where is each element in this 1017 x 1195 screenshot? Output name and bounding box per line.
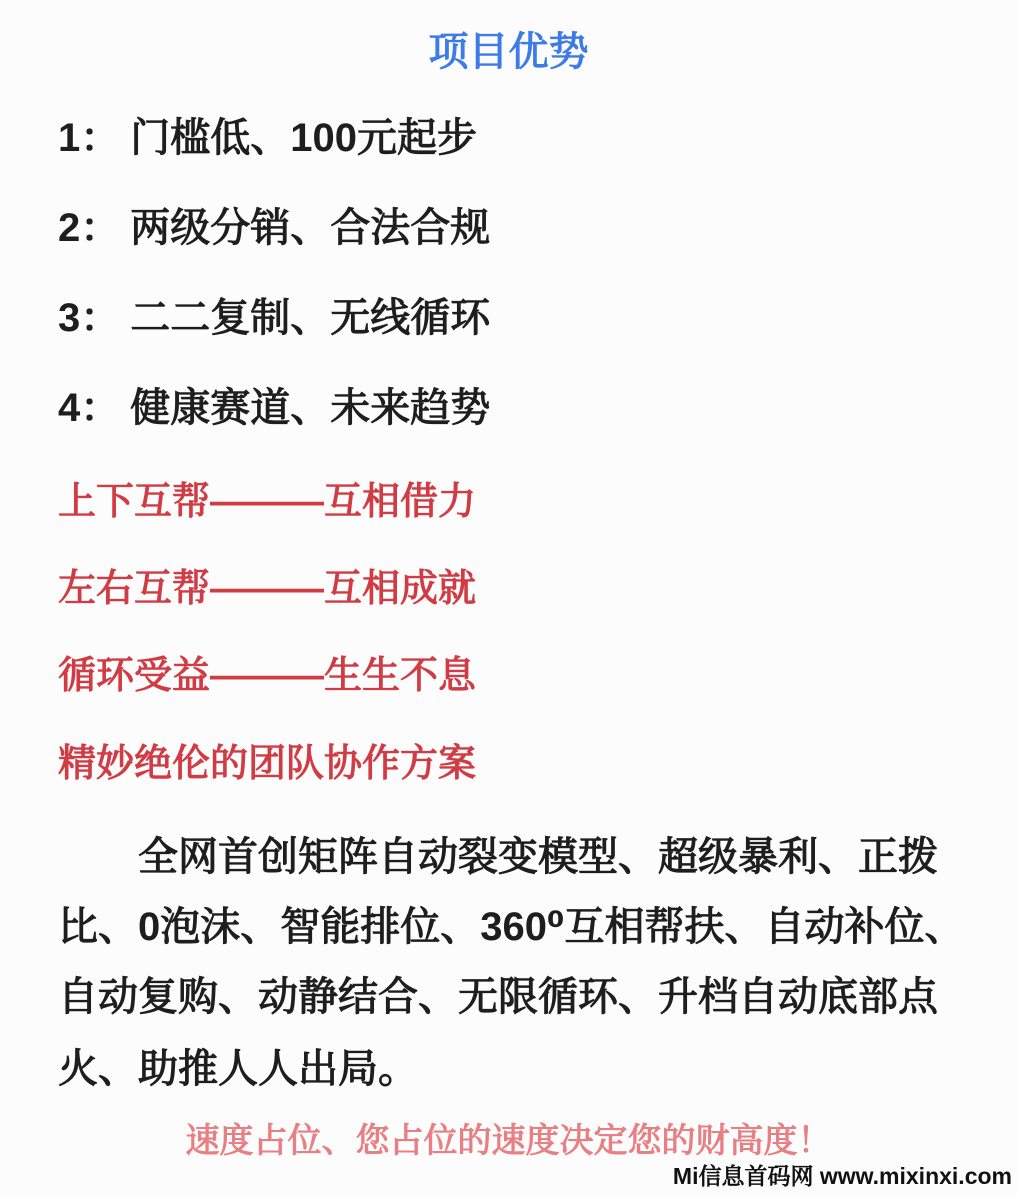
slogan-mutual-achievement: 左右互帮———互相成就: [58, 565, 476, 613]
advantage-text-2: 两级分销、合法合规: [130, 206, 490, 250]
watermark: Mi信息首码网 www.mixinxi.com: [673, 1162, 1012, 1190]
paragraph-line-4: 火、助推人人出局。: [58, 1044, 957, 1094]
paragraph-line-1: 全网首创矩阵自动裂变模型、超级暴利、正拨: [138, 832, 957, 882]
advantage-text-4: 健康赛道、未来趋势: [130, 386, 490, 430]
advantage-number-1: 1：: [58, 116, 120, 160]
footer-cta: 速度占位、您占位的速度决定您的财高度！: [0, 1120, 1017, 1162]
advantage-text-1: 门槛低、100元起步: [130, 116, 477, 160]
advantage-item-2: 2：两级分销、合法合规: [58, 204, 490, 252]
advantage-number-4: 4：: [58, 386, 120, 430]
advantage-item-3: 3：二二复制、无线循环: [58, 294, 490, 342]
advantage-number-3: 3：: [58, 296, 120, 340]
paragraph-line-2: 比、0泡沫、智能排位、360⁰互相帮扶、自动补位、: [58, 902, 957, 952]
page-title: 项目优势: [0, 28, 1017, 76]
advantage-text-3: 二二复制、无线循环: [130, 296, 490, 340]
advantage-item-4: 4：健康赛道、未来趋势: [58, 384, 490, 432]
slogan-team-plan: 精妙绝伦的团队协作方案: [58, 740, 476, 788]
slogan-mutual-leverage: 上下互帮———互相借力: [58, 478, 476, 526]
slogan-endless-benefit: 循环受益———生生不息: [58, 652, 476, 700]
paragraph-line-3: 自动复购、动静结合、无限循环、升档自动底部点: [58, 972, 957, 1022]
advantage-number-2: 2：: [58, 206, 120, 250]
advantage-item-1: 1：门槛低、100元起步: [58, 114, 477, 162]
promo-page: 项目优势 1：门槛低、100元起步 2：两级分销、合法合规 3：二二复制、无线循…: [0, 0, 1017, 1195]
